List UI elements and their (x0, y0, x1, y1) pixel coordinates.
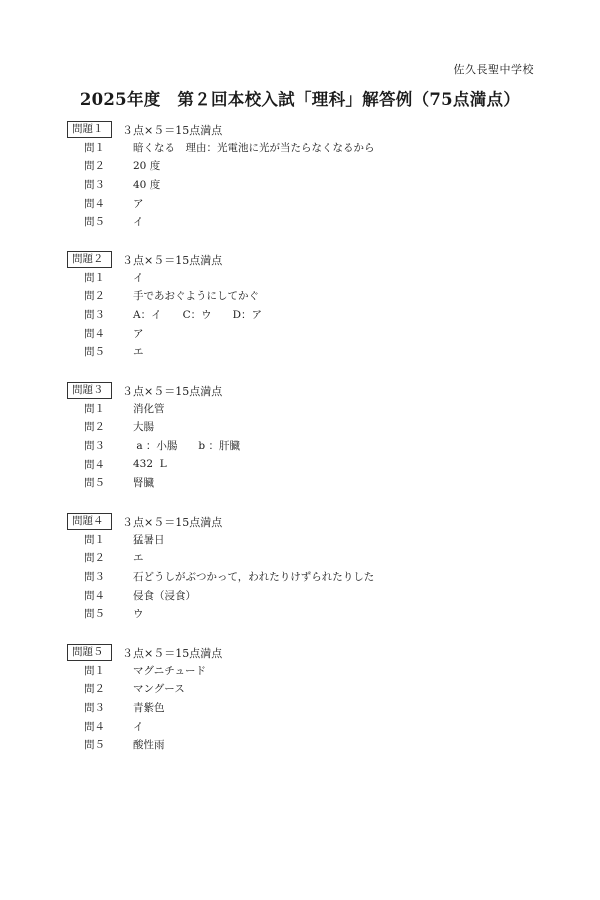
question-label: 問１ (84, 140, 105, 155)
question-label: 問５ (84, 737, 105, 752)
answer-text: 40 度 (133, 177, 160, 192)
section-header: 問題４３点×５＝15点満点 (67, 513, 547, 530)
question-label: 問４ (84, 719, 105, 734)
section-5: 問題５３点×５＝15点満点問１マグニチュード問２マングース問３青紫色問４イ問５酸… (67, 644, 547, 754)
answer-row: 問１マグニチュード (67, 661, 547, 680)
score-text: ３点×５＝15点満点 (122, 122, 222, 138)
answer-row: 問３A：イ C：ウ D：ア (67, 305, 547, 324)
answer-row: 問２エ (67, 549, 547, 568)
answer-text: 大腸 (133, 419, 154, 434)
question-label: 問３ (84, 438, 105, 453)
answer-text: 侵食（浸食） (133, 588, 196, 603)
score-text: ３点×５＝15点満点 (122, 514, 222, 530)
answer-row: 問２大腸 (67, 418, 547, 437)
answer-row: 問１猛暑日 (67, 530, 547, 549)
answer-text: マングース (133, 681, 185, 696)
section-4: 問題４３点×５＝15点満点問１猛暑日問２エ問３石どうしがぶつかって，われたりけず… (67, 513, 547, 623)
answer-text: a ：小腸 b ：肝臓 (133, 438, 240, 453)
answer-text: 腎臓 (133, 475, 154, 490)
question-label: 問５ (84, 475, 105, 490)
answer-text: ア (133, 326, 144, 341)
answer-text: マグニチュード (133, 663, 206, 678)
answer-text: 酸性雨 (133, 737, 165, 752)
problem-label-box: 問題１ (67, 121, 112, 138)
question-label: 問４ (84, 196, 105, 211)
answer-text: 手であおぐようにしてかぐ (133, 288, 259, 303)
answer-text: 20 度 (133, 158, 160, 173)
question-label: 問１ (84, 270, 105, 285)
section-3: 問題３３点×５＝15点満点問１消化管問２大腸問３ a ：小腸 b ：肝臓問４43… (67, 382, 547, 492)
school-name: 佐久長聖中学校 (454, 61, 535, 77)
answer-row: 問２手であおぐようにしてかぐ (67, 287, 547, 306)
answer-row: 問３ a ：小腸 b ：肝臓 (67, 436, 547, 455)
question-label: 問５ (84, 214, 105, 229)
score-text: ３点×５＝15点満点 (122, 645, 222, 661)
section-2: 問題２３点×５＝15点満点問１イ問２手であおぐようにしてかぐ問３A：イ C：ウ … (67, 251, 547, 361)
section-header: 問題３３点×５＝15点満点 (67, 382, 547, 399)
answer-row: 問５酸性雨 (67, 735, 547, 754)
question-label: 問４ (84, 326, 105, 341)
question-label: 問１ (84, 663, 105, 678)
answer-row: 問４432 L (67, 455, 547, 474)
question-label: 問２ (84, 550, 105, 565)
page-title: 2025年度 第２回本校入試「理科」解答例（75点満点） (0, 86, 600, 110)
question-label: 問１ (84, 401, 105, 416)
answer-text: イ (133, 719, 144, 734)
answer-row: 問３40 度 (67, 175, 547, 194)
answer-text: 432 L (133, 458, 167, 470)
question-label: 問４ (84, 588, 105, 603)
answer-row: 問２マングース (67, 680, 547, 699)
question-label: 問３ (84, 177, 105, 192)
answer-row: 問１消化管 (67, 399, 547, 418)
answer-text: A：イ C：ウ D：ア (133, 307, 262, 322)
answer-text: 消化管 (133, 401, 165, 416)
section-header: 問題５３点×５＝15点満点 (67, 644, 547, 661)
answer-row: 問３青紫色 (67, 698, 547, 717)
section-1: 問題１３点×５＝15点満点問１暗くなる 理由：光電池に光が当たらなくなるから問２… (67, 121, 547, 231)
answer-text: エ (133, 550, 144, 565)
question-label: 問２ (84, 681, 105, 696)
answer-row: 問４侵食（浸食） (67, 586, 547, 605)
answer-text: イ (133, 270, 144, 285)
score-text: ３点×５＝15点満点 (122, 252, 222, 268)
question-label: 問５ (84, 344, 105, 359)
problem-label-box: 問題２ (67, 251, 112, 268)
score-text: ３点×５＝15点満点 (122, 383, 222, 399)
answer-text: イ (133, 214, 144, 229)
answer-text: 暗くなる 理由：光電池に光が当たらなくなるから (133, 140, 375, 155)
answer-row: 問５イ (67, 212, 547, 231)
answer-row: 問３石どうしがぶつかって，われたりけずられたりした (67, 567, 547, 586)
answer-text: エ (133, 344, 144, 359)
answer-row: 問５エ (67, 342, 547, 361)
answer-text: 青紫色 (133, 700, 165, 715)
question-label: 問５ (84, 606, 105, 621)
problem-label-box: 問題４ (67, 513, 112, 530)
question-label: 問３ (84, 307, 105, 322)
answer-row: 問４イ (67, 717, 547, 736)
section-header: 問題２３点×５＝15点満点 (67, 251, 547, 268)
question-label: 問２ (84, 288, 105, 303)
answer-row: 問２20 度 (67, 157, 547, 176)
answer-row: 問４ア (67, 324, 547, 343)
answer-row: 問１暗くなる 理由：光電池に光が当たらなくなるから (67, 138, 547, 157)
answer-row: 問４ア (67, 194, 547, 213)
answer-text: ウ (133, 606, 144, 621)
question-label: 問４ (84, 457, 105, 472)
answer-row: 問１イ (67, 268, 547, 287)
question-label: 問２ (84, 419, 105, 434)
question-label: 問１ (84, 532, 105, 547)
answer-text: ア (133, 196, 144, 211)
answer-row: 問５ウ (67, 604, 547, 623)
answer-text: 猛暑日 (133, 532, 165, 547)
problem-label-box: 問題５ (67, 644, 112, 661)
problem-label-box: 問題３ (67, 382, 112, 399)
question-label: 問２ (84, 158, 105, 173)
question-label: 問３ (84, 700, 105, 715)
answer-text: 石どうしがぶつかって，われたりけずられたりした (133, 569, 374, 584)
question-label: 問３ (84, 569, 105, 584)
section-header: 問題１３点×５＝15点満点 (67, 121, 547, 138)
answer-row: 問５腎臓 (67, 473, 547, 492)
